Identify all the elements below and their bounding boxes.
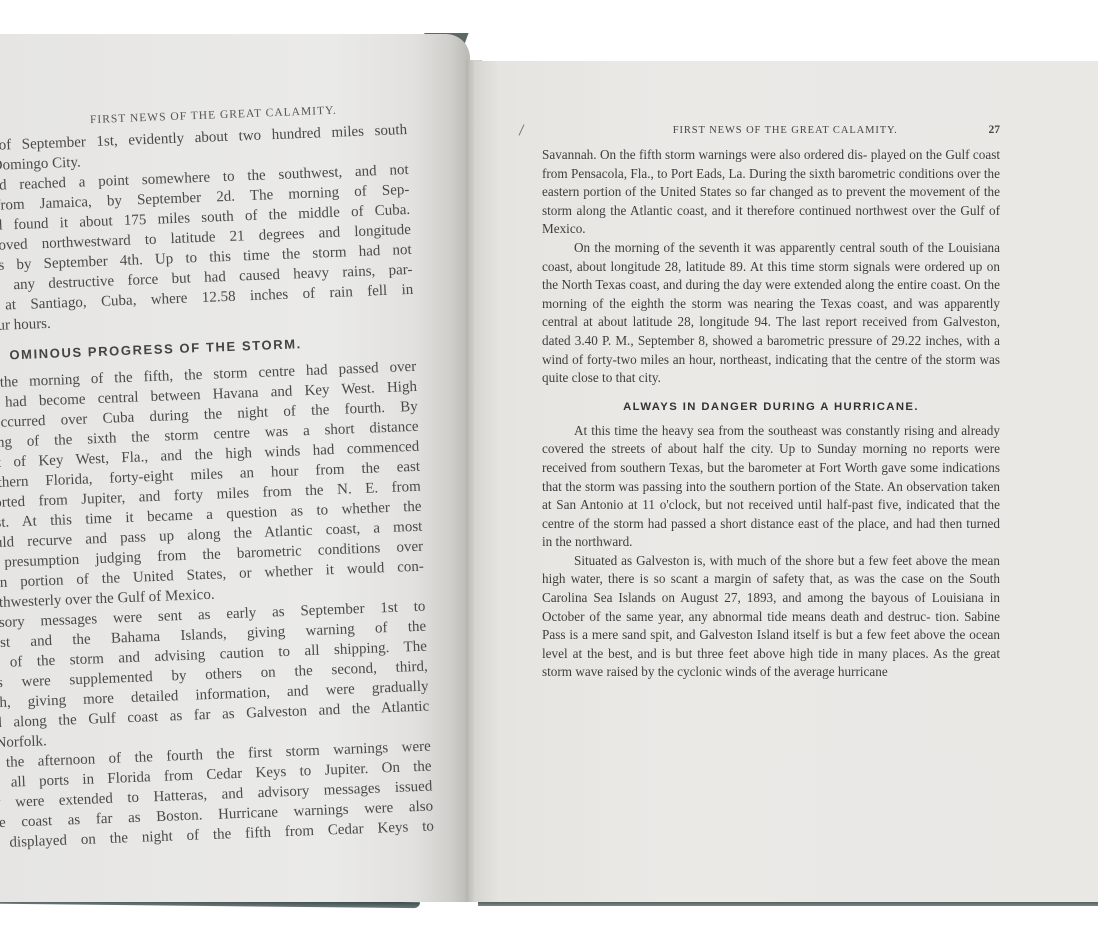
- left-page: FIRST NEWS OF THE GREAT CALAMITY. ning o…: [0, 34, 470, 902]
- running-head-title: FIRST NEWS OF THE GREAT CALAMITY.: [542, 125, 989, 136]
- paragraph: At this time the heavy sea from the sout…: [542, 422, 1000, 552]
- right-page: FIRST NEWS OF THE GREAT CALAMITY. 27 Sav…: [474, 61, 1098, 902]
- section-heading: ALWAYS IN DANGER DURING A HURRICANE.: [542, 401, 1000, 413]
- open-book: FIRST NEWS OF THE GREAT CALAMITY. ning o…: [0, 0, 1106, 944]
- section-heading: OMINOUS PROGRESS OF THE STORM.: [9, 332, 415, 363]
- paragraph: Savannah. On the fifth storm warnings we…: [542, 146, 1000, 239]
- paragraph: On the morning of the seventh it was app…: [542, 239, 1000, 388]
- paragraph: Situated as Galveston is, with much of t…: [542, 552, 1000, 682]
- page-number: 27: [989, 124, 1001, 136]
- right-page-text: FIRST NEWS OF THE GREAT CALAMITY. 27 Sav…: [542, 124, 1000, 682]
- pencil-mark: [519, 124, 525, 135]
- left-page-text: FIRST NEWS OF THE GREAT CALAMITY. ning o…: [0, 102, 434, 854]
- right-running-head: FIRST NEWS OF THE GREAT CALAMITY. 27: [542, 124, 1000, 136]
